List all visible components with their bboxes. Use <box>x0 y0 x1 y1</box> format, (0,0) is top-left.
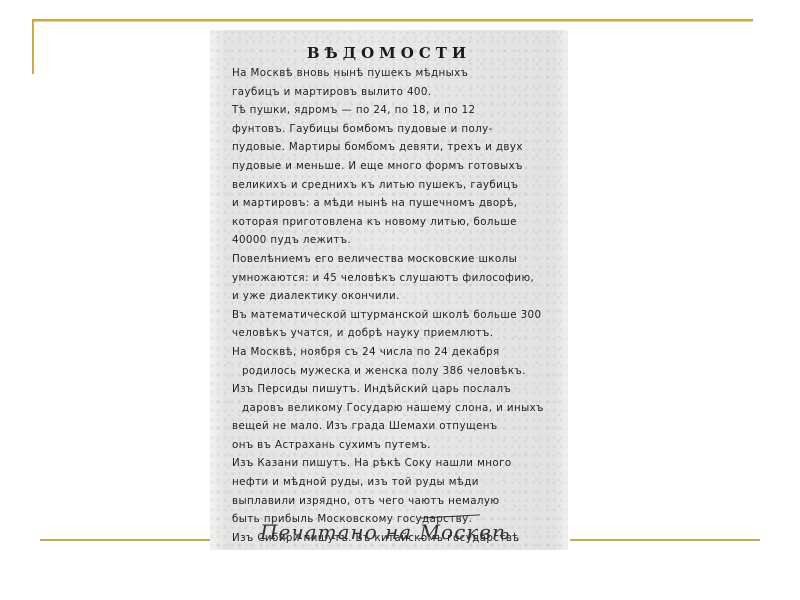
text-line: онъ въ Астрахань сухимъ путемъ. <box>232 435 556 455</box>
text-line: фунтовъ. Гаубицы бомбомъ пудовые и полу- <box>232 119 556 139</box>
text-line: человѣкъ учатся, и добрѣ науку приемлютъ… <box>232 324 556 344</box>
slide-left-rule <box>32 19 34 74</box>
slide-bottom-rule-left <box>40 539 210 541</box>
text-line: пудовые и меньше. И еще много формъ гото… <box>232 157 556 177</box>
document-title: ВѢДОМОСТИ <box>210 44 568 62</box>
document-text: На Москвѣ вновь нынѣ пушекъ мѣдныхъ гауб… <box>232 64 556 547</box>
text-line: даровъ великому Государю нашему слона, и… <box>232 398 556 418</box>
text-line: Тѣ пушки, ядромъ — по 24, по 18, и по 12 <box>232 101 556 121</box>
text-line: 40000 пудъ лежитъ. <box>232 231 556 251</box>
text-line: умножаются: и 45 человѣкъ слушаютъ филос… <box>232 268 556 288</box>
text-line: нефти и мѣдной руды, изъ той руды мѣди <box>232 473 556 493</box>
slide-top-rule <box>32 19 753 21</box>
text-line: Повелѣниемъ его величества московские шк… <box>232 249 556 269</box>
text-line: великихъ и среднихъ къ литью пушекъ, гау… <box>232 175 556 195</box>
text-line: На Москвѣ, ноября съ 24 числа по 24 дека… <box>232 342 556 362</box>
text-line: гаубицъ и мартировъ вылито 400. <box>232 82 556 102</box>
text-line: выплавили изрядно, отъ чего чаютъ немалу… <box>232 491 556 511</box>
handwritten-signature: Печатано на Москвѣ <box>260 520 511 544</box>
text-line: и мартировъ: а мѣди нынѣ на пушечномъ дв… <box>232 194 556 214</box>
text-line: Изъ Казани пишутъ. На рѣкѣ Соку нашли мн… <box>232 454 556 474</box>
text-line: На Москвѣ вновь нынѣ пушекъ мѣдныхъ <box>232 64 556 84</box>
slide-bottom-rule-right <box>570 539 760 541</box>
text-line: пудовые. Мартиры бомбомъ девяти, трехъ и… <box>232 138 556 158</box>
text-line: и уже диалектику окончили. <box>232 287 556 307</box>
text-line: родилось мужеска и женска полу 386 челов… <box>232 361 556 381</box>
historical-newspaper-scan: ВѢДОМОСТИ На Москвѣ вновь нынѣ пушекъ мѣ… <box>210 30 568 550</box>
text-line: Изъ Персиды пишутъ. Индѣйский царь посла… <box>232 380 556 400</box>
text-line: Въ математической штурманской школѣ боль… <box>232 305 556 325</box>
text-line: которая приготовлена къ новому литью, бо… <box>232 212 556 232</box>
text-line: вещей не мало. Изъ града Шемахи отпущенъ <box>232 417 556 437</box>
